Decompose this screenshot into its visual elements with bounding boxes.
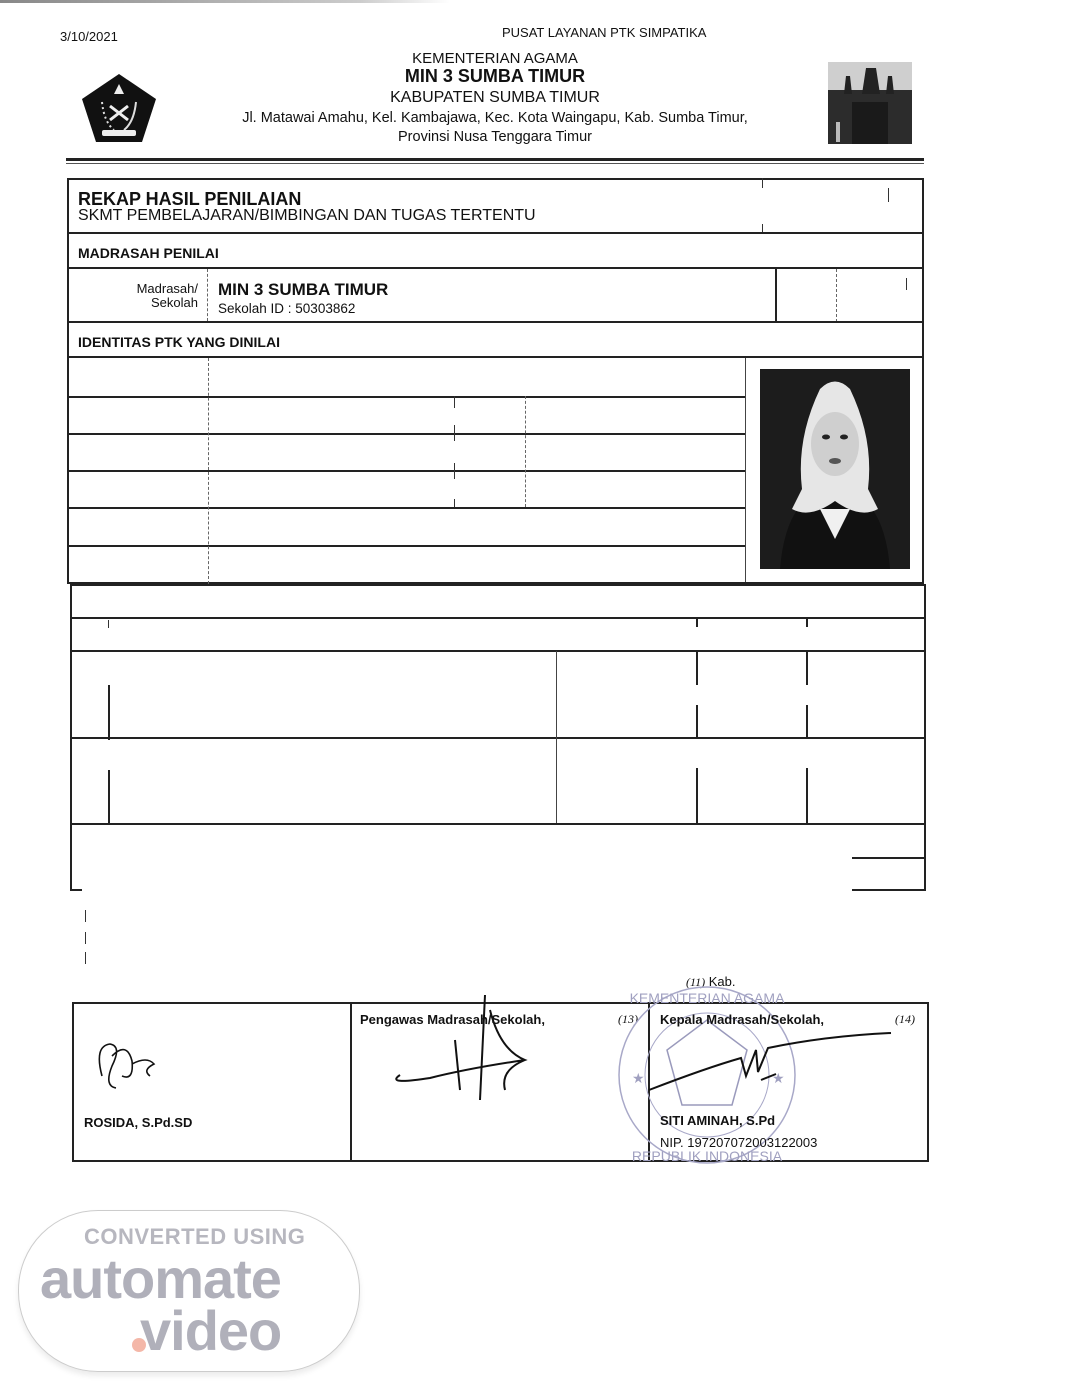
letterhead-rule — [66, 158, 924, 161]
school-building-photo — [828, 62, 912, 144]
sekolah-id: Sekolah ID : 50303862 — [218, 301, 355, 316]
address-line-2: Provinsi Nusa Tenggara Timur — [200, 129, 790, 145]
signature-kepala — [646, 1028, 896, 1103]
kepala-name: SITI AMINAH, S.Pd — [660, 1113, 775, 1128]
madrasah-label: Madrasah/ Sekolah — [100, 282, 198, 310]
kepala-nip: NIP. 197207072003122003 — [660, 1135, 817, 1150]
divider — [67, 267, 924, 269]
madrasah-name: MIN 3 SUMBA TIMUR — [218, 280, 388, 300]
teacher-portrait-photo — [760, 369, 910, 569]
institution-name: MIN 3 SUMBA TIMUR — [200, 66, 790, 87]
kepala-number: (14) — [895, 1012, 915, 1027]
form-subtitle: SKMT PEMBELAJARAN/BIMBINGAN DAN TUGAS TE… — [78, 207, 536, 225]
address-line-1: Jl. Matawai Amahu, Kel. Kambajawa, Kec. … — [200, 110, 790, 126]
letterhead-rule-thin — [66, 163, 924, 164]
divider — [67, 232, 924, 234]
signature-pengawas — [390, 990, 540, 1110]
svg-text:KEMENTERIAN AGAMA: KEMENTERIAN AGAMA — [630, 990, 785, 1006]
section-identitas-ptk: IDENTITAS PTK YANG DINILAI — [78, 334, 280, 350]
svg-text:REPUBLIK INDONESIA: REPUBLIK INDONESIA — [632, 1148, 783, 1164]
watermark-brand-suffix: video — [140, 1298, 281, 1363]
divider — [67, 321, 924, 323]
section-madrasah-penilai: MADRASAH PENILAI — [78, 245, 219, 261]
print-date: 3/10/2021 — [60, 29, 118, 44]
signer-rosida-name: ROSIDA, S.Pd.SD — [84, 1115, 192, 1130]
scan-edge-artifact — [0, 0, 450, 3]
kemenag-emblem-icon — [80, 72, 158, 144]
portal-name: PUSAT LAYANAN PTK SIMPATIKA — [502, 25, 706, 40]
svg-text:★: ★ — [632, 1070, 645, 1086]
regency-name: KABUPATEN SUMBA TIMUR — [200, 89, 790, 107]
signature-rosida — [92, 1036, 162, 1101]
ministry-name: KEMENTERIAN AGAMA — [200, 50, 790, 67]
kepala-label: Kepala Madrasah/Sekolah, — [660, 1012, 824, 1027]
